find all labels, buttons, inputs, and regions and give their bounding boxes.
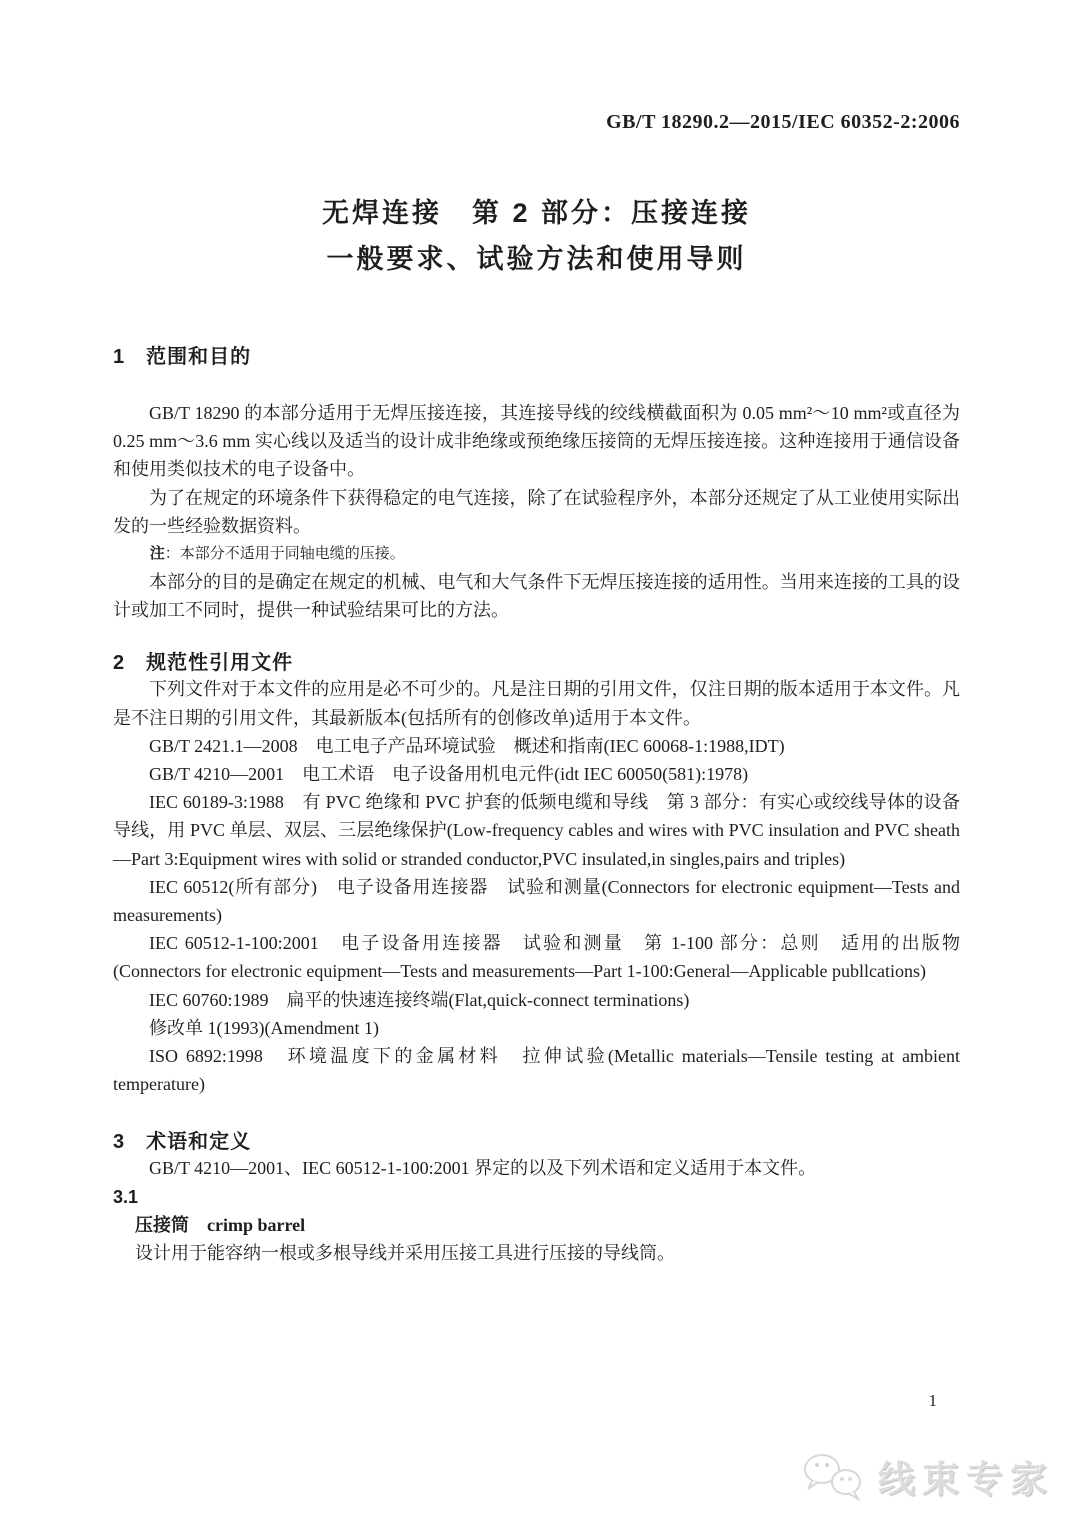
title-line-2: 一般要求、试验方法和使用导则 xyxy=(113,236,960,282)
page-number: 1 xyxy=(929,1391,938,1411)
wechat-icon xyxy=(800,1449,866,1503)
reference-item: GB/T 2421.1—2008 电工电子产品环境试验 概述和指南(IEC 60… xyxy=(113,732,960,760)
section-1-paragraph-1: GB/T 18290 的本部分适用于无焊压接连接，其连接导线的绞线横截面积为 0… xyxy=(113,399,960,484)
reference-item: 修改单 1(1993)(Amendment 1) xyxy=(113,1014,960,1042)
reference-item: IEC 60760:1989 扁平的快速连接终端(Flat,quick-conn… xyxy=(113,986,960,1014)
term-english: crimp barrel xyxy=(207,1215,305,1235)
watermark: 线束专家 xyxy=(800,1449,1054,1503)
section-1-paragraph-2: 为了在规定的环境条件下获得稳定的电气连接，除了在试验程序外，本部分还规定了从工业… xyxy=(113,484,960,540)
reference-item: ISO 6892:1998 环境温度下的金属材料 拉伸试验(Metallic m… xyxy=(113,1042,960,1098)
document-title: 无焊连接 第 2 部分：压接连接 一般要求、试验方法和使用导则 xyxy=(113,190,960,282)
section-3-intro: GB/T 4210—2001、IEC 60512-1-100:2001 界定的以… xyxy=(113,1154,960,1182)
page-content: GB/T 18290.2—2015/IEC 60352-2:2006 无焊连接 … xyxy=(0,0,1080,1267)
term-entry: 压接筒crimp barrel xyxy=(135,1211,960,1239)
term-definition: 设计用于能容纳一根或多根导线并采用压接工具进行压接的导线筒。 xyxy=(135,1239,960,1267)
title-line-1: 无焊连接 第 2 部分：压接连接 xyxy=(113,190,960,236)
watermark-text: 线束专家 xyxy=(878,1449,1054,1503)
standard-number: GB/T 18290.2—2015/IEC 60352-2:2006 xyxy=(113,0,960,134)
section-2-intro: 下列文件对于本文件的应用是必不可少的。凡是注日期的引用文件，仅注日期的版本适用于… xyxy=(113,675,960,731)
section-1-heading: 1 范围和目的 xyxy=(113,345,960,369)
document-page: GB/T 18290.2—2015/IEC 60352-2:2006 无焊连接 … xyxy=(0,0,1080,1527)
clause-number-3-1: 3.1 xyxy=(113,1183,960,1211)
section-1-note: 注：本部分不适用于同轴电缆的压接。 xyxy=(113,540,960,568)
section-1-paragraph-3: 本部分的目的是确定在规定的机械、电气和大气条件下无焊压接连接的适用性。当用来连接… xyxy=(113,568,960,624)
reference-item: IEC 60512-1-100:2001 电子设备用连接器 试验和测量 第 1-… xyxy=(113,929,960,985)
note-label: 注 xyxy=(150,545,165,562)
note-text: ：本部分不适用于同轴电缆的压接。 xyxy=(165,546,405,562)
section-3-heading: 3 术语和定义 xyxy=(113,1130,960,1154)
term-chinese: 压接筒 xyxy=(135,1215,189,1235)
section-2-heading: 2 规范性引用文件 xyxy=(113,651,960,675)
reference-item: IEC 60189-3:1988 有 PVC 绝缘和 PVC 护套的低频电缆和导… xyxy=(113,788,960,873)
reference-item: GB/T 4210—2001 电工术语 电子设备用机电元件(idt IEC 60… xyxy=(113,760,960,788)
reference-item: IEC 60512(所有部分) 电子设备用连接器 试验和测量(Connector… xyxy=(113,873,960,929)
